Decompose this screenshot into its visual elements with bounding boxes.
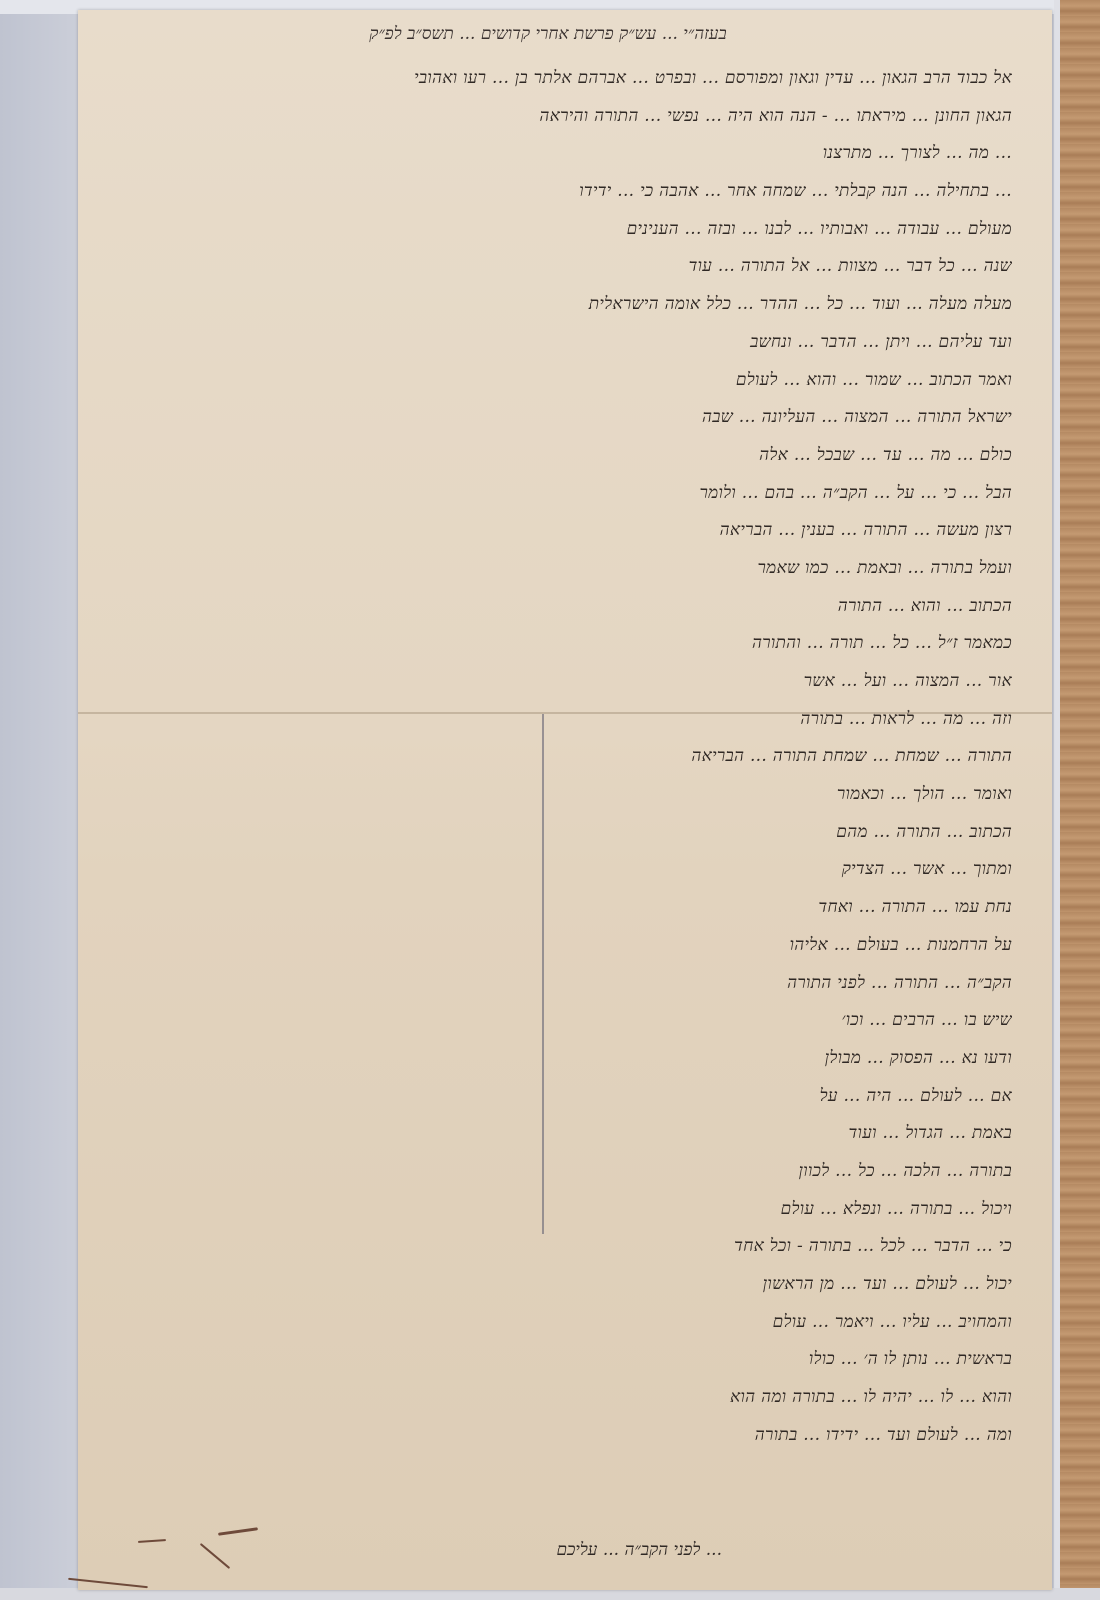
- letter-line: והוא ... לו ... יהיה לו ... בתורה ומה הו…: [112, 1379, 1012, 1417]
- letter-line: בראשית ... נותן לו ה׳ ... כולו: [112, 1341, 1012, 1379]
- letter-body: אל כבוד הרב הגאון ... עדין וגאון ומפורסם…: [112, 60, 1012, 1454]
- letter-line: והמחויב ... עליו ... ויאמר ... עולם: [112, 1304, 1012, 1342]
- letter-line: אור ... המצוה ... ועל ... אשר: [112, 663, 1012, 701]
- letter-line: נחת עמו ... התורה ... ואחד: [112, 889, 1012, 927]
- letter-paper: בעזה״י ... עש״ק פרשת אחרי קדושים ... תשס…: [78, 10, 1052, 1590]
- letter-line: כי ... הדבר ... לכל ... בתורה - וכל אחד: [112, 1228, 1012, 1266]
- ink-mark: [218, 1527, 258, 1536]
- ink-mark: [138, 1539, 166, 1543]
- letter-line: אם ... לעולם ... היה ... על: [112, 1078, 1012, 1116]
- letter-line: התורה ... שמחת ... שמחת התורה ... הבריאה: [112, 738, 1012, 776]
- ink-mark: [200, 1543, 230, 1569]
- letter-line: שיש בו ... הרבים ... וכו׳: [112, 1002, 1012, 1040]
- letter-closing: ... לפני הקב״ה ... עליכם: [556, 1540, 722, 1560]
- letter-line: כולם ... מה ... עד ... שבכל ... אלה: [112, 437, 1012, 475]
- letter-line: הגאון החונן ... מיראתו ... - הנה הוא היה…: [112, 98, 1012, 136]
- letter-line: הקב״ה ... התורה ... לפני התורה: [112, 965, 1012, 1003]
- letter-line: ומתוך ... אשר ... הצדיק: [112, 851, 1012, 889]
- ink-mark: [68, 1578, 148, 1588]
- letter-line: ואמר הכתוב ... שמור ... והוא ... לעולם: [112, 362, 1012, 400]
- letter-line: ... בתחילה ... הנה קבלתי ... שמחה אחר ..…: [112, 173, 1012, 211]
- letter-line: יכול ... לעולם ... ועד ... מן הראשון: [112, 1266, 1012, 1304]
- background-surface-left: [0, 0, 90, 1600]
- letter-line: רצון מעשה ... התורה ... בענין ... הבריאה: [112, 512, 1012, 550]
- letter-line: הכתוב ... והוא ... התורה: [112, 588, 1012, 626]
- letter-line: מעולם ... עבודה ... ואבותיו ... לבנו ...…: [112, 211, 1012, 249]
- letter-line: ועמל בתורה ... ובאמת ... כמו שאמר: [112, 550, 1012, 588]
- letter-line: כמאמר ז״ל ... כל ... תורה ... והתורה: [112, 625, 1012, 663]
- letter-line: אל כבוד הרב הגאון ... עדין וגאון ומפורסם…: [112, 60, 1012, 98]
- letter-line: ישראל התורה ... המצוה ... העליונה ... שב…: [112, 399, 1012, 437]
- letter-heading: בעזה״י ... עש״ק פרשת אחרי קדושים ... תשס…: [248, 24, 848, 44]
- letter-line: וזה ... מה ... לראות ... בתורה: [112, 701, 1012, 739]
- wood-surface: [1060, 0, 1100, 1600]
- letter-line: מעלה מעלה ... ועוד ... כל ... ההדר ... כ…: [112, 286, 1012, 324]
- letter-line: בתורה ... הלכה ... כל ... לכוון: [112, 1153, 1012, 1191]
- letter-line: ומה ... לעולם ועד ... ידידו ... בתורה: [112, 1417, 1012, 1455]
- letter-line: ודעו נא ... הפסוק ... מבולן: [112, 1040, 1012, 1078]
- letter-line: הבל ... כי ... על ... הקב״ה ... בהם ... …: [112, 475, 1012, 513]
- letter-line: ועד עליהם ... ויתן ... הדבר ... ונחשב: [112, 324, 1012, 362]
- letter-line: הכתוב ... התורה ... מהם: [112, 814, 1012, 852]
- letter-line: ואומר ... הולך ... וכאמור: [112, 776, 1012, 814]
- letter-line: שנה ... כל דבר ... מצוות ... אל התורה ..…: [112, 248, 1012, 286]
- letter-line: באמת ... הגדול ... ועוד: [112, 1115, 1012, 1153]
- letter-line: ויכול ... בתורה ... ונפלא ... עולם: [112, 1191, 1012, 1229]
- letter-line: ... מה ... לצורך ... מתרצנו: [112, 135, 1012, 173]
- letter-line: על הרחמנות ... בעולם ... אליהו: [112, 927, 1012, 965]
